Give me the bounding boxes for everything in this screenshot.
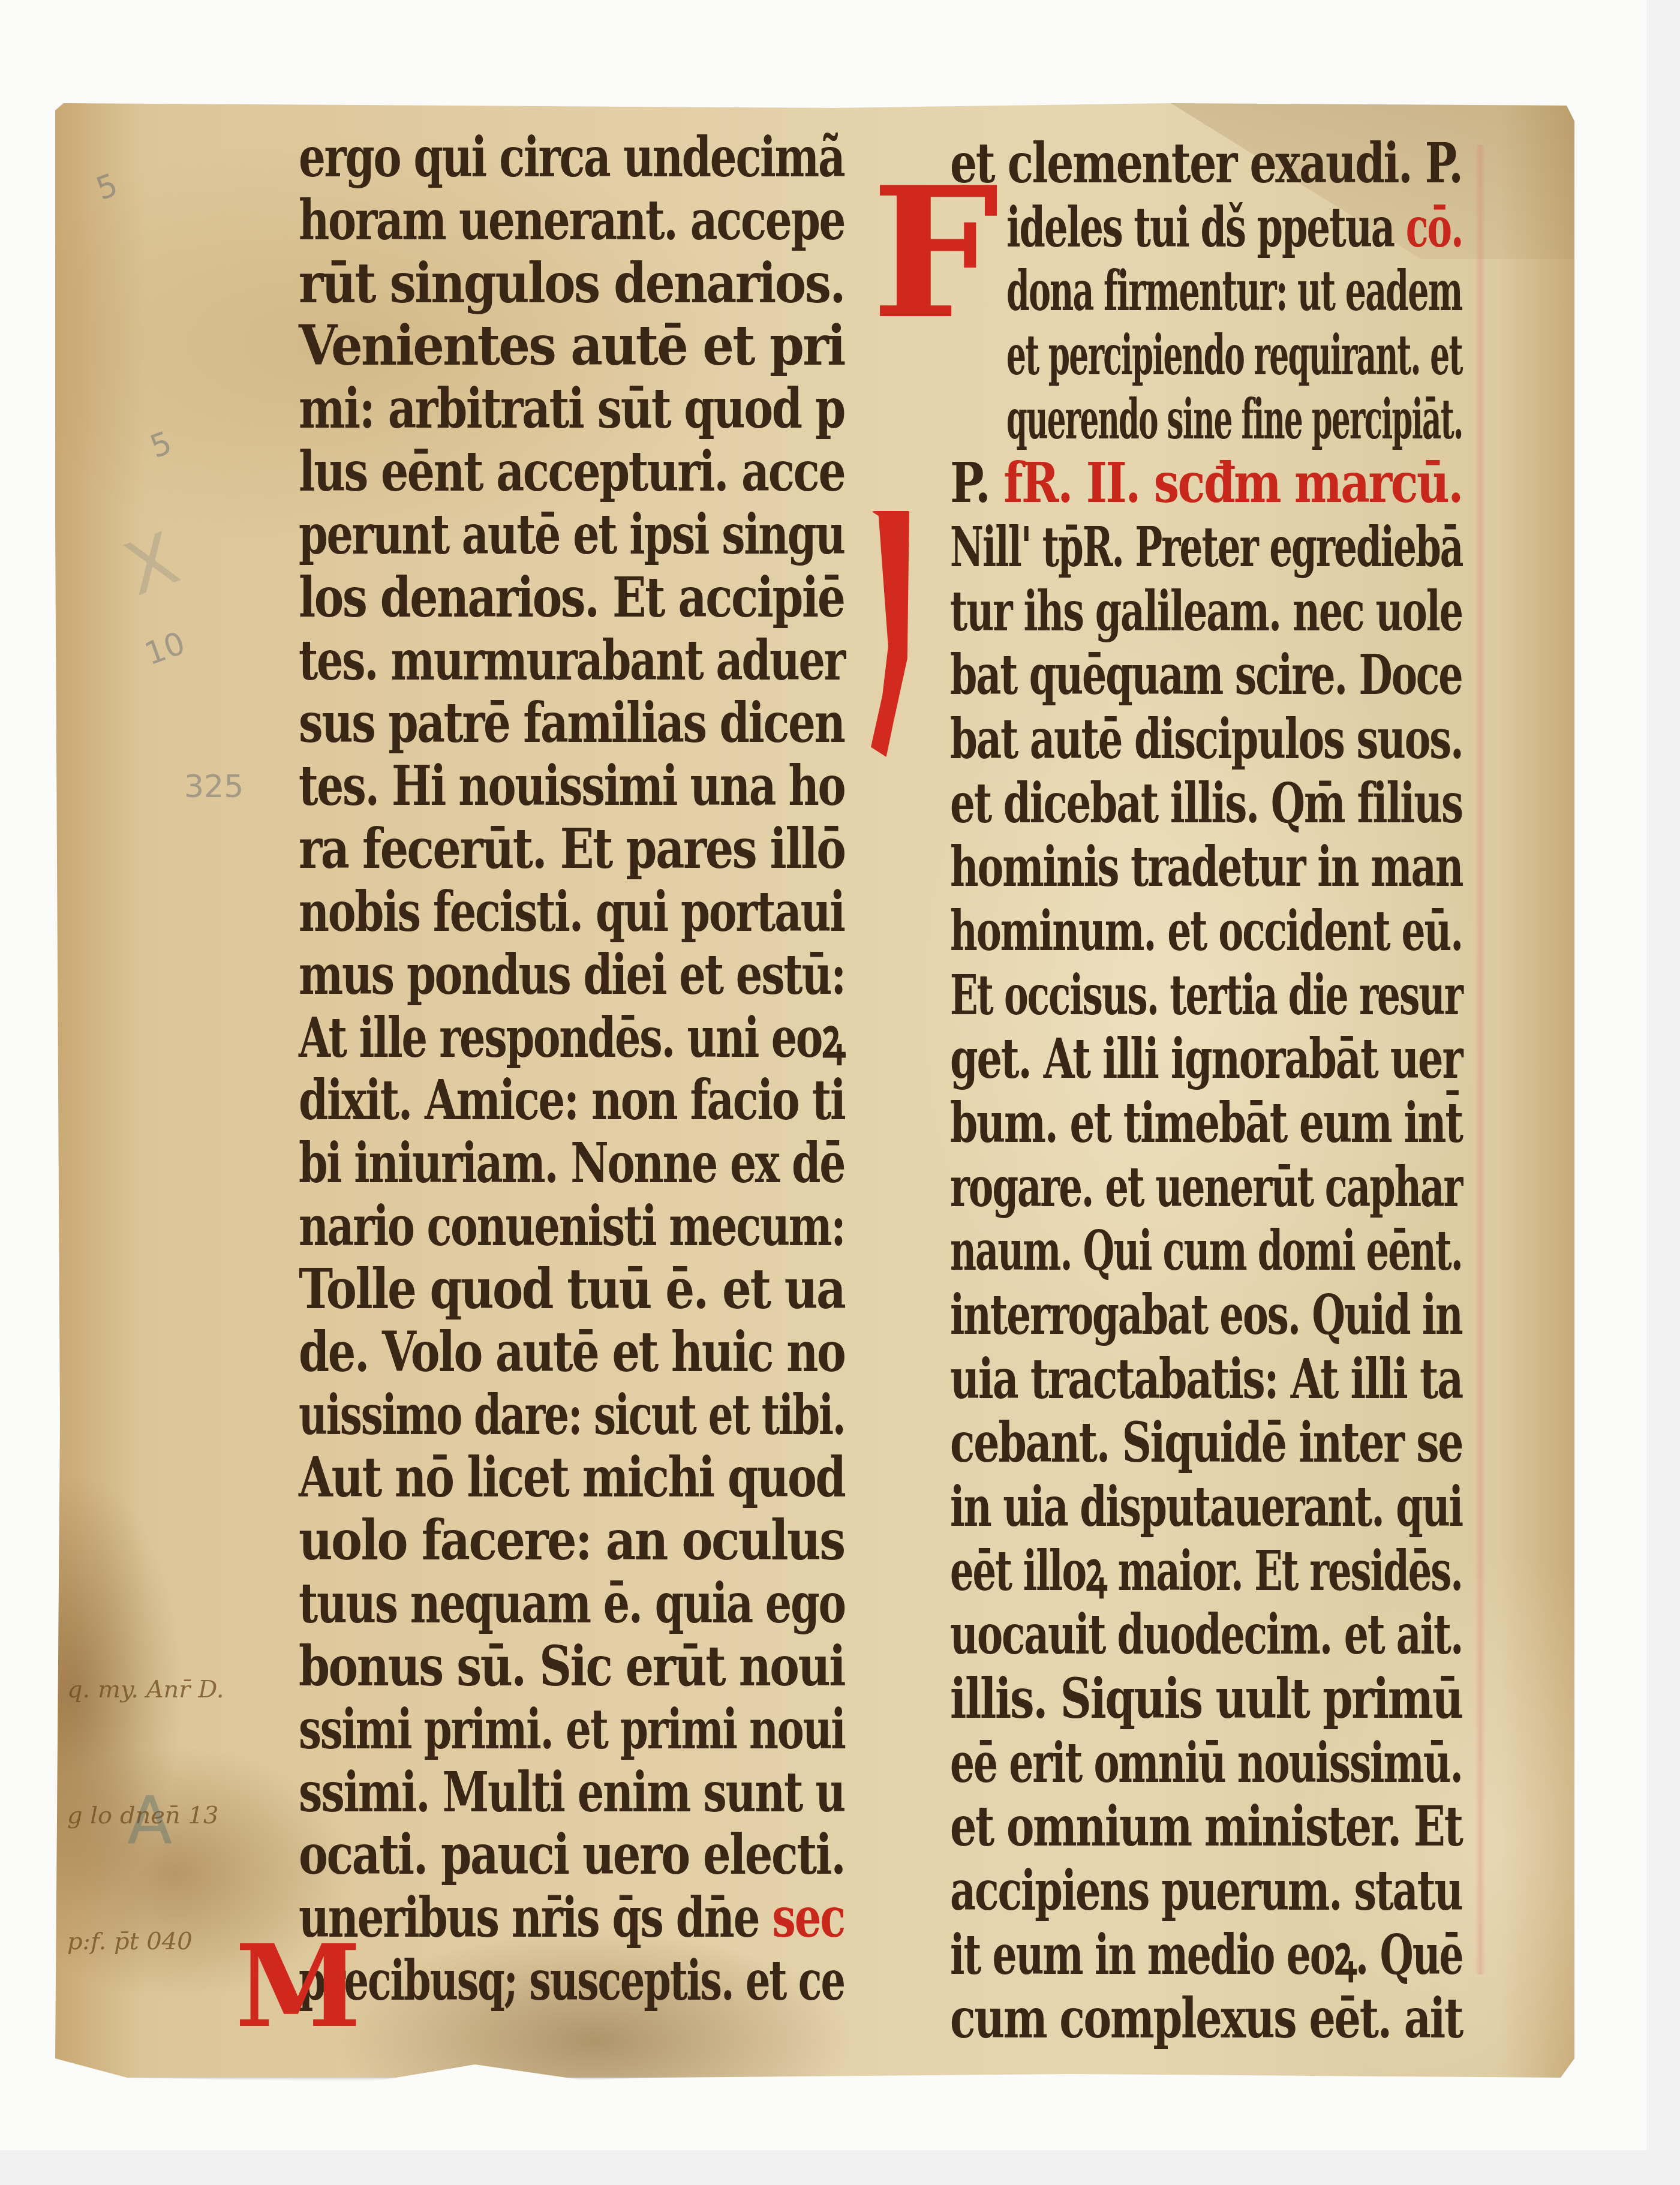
text-line: illis. Siquis uult primū	[950, 1669, 1462, 1729]
line-text: rogare. et uenerūt caphar	[950, 1155, 1462, 1219]
line-text: accipiens puerum. statu	[950, 1858, 1462, 1923]
line-text: ra fecerūt. Et pares illō	[299, 816, 844, 881]
text-line: precibusq; susceptis. et ce	[299, 1950, 844, 2010]
line-text: Aut nō licet michi quod	[299, 1445, 844, 1510]
line-text: bonus sū. Sic erūt noui	[299, 1634, 844, 1699]
text-line: tur ihs galileam. nec uole	[950, 581, 1462, 641]
text-line: rūt singulos denarios.	[299, 253, 844, 313]
line-text: ideles tui dš ppetua	[1006, 195, 1394, 260]
text-line: uocauit duodecim. et ait.	[950, 1604, 1462, 1664]
rubric-initial-F: F	[871, 175, 999, 331]
text-line: bat quēquam scire. Doce	[950, 645, 1462, 705]
text-line: sus patrē familias dicen	[299, 693, 844, 753]
line-text: tur ihs galileam. nec uole	[950, 579, 1462, 644]
text-line: naum. Qui cum domi eēnt.	[950, 1221, 1462, 1281]
text-line: horam uenerant. accepe	[299, 190, 844, 250]
rubric-initial-I	[871, 511, 909, 757]
line-text: interrogabat eos. Quid in	[950, 1282, 1462, 1347]
line-text: Et occisus. tertia die resur	[950, 963, 1462, 1027]
text-line: cum complexus eēt. ait	[950, 1988, 1462, 2048]
line-text: uneribus nr̄is q̄s dn̄e	[299, 1885, 759, 1950]
line-text: At ille respondēs. uni eoꝝ	[299, 1005, 844, 1070]
pencil-mark: X	[115, 517, 190, 612]
line-text: lus eēnt accepturi. acce	[299, 439, 844, 504]
line-text: it eum in medio eoꝝ. Quē	[950, 1922, 1463, 1987]
line-text: et percipiendo requirant. et	[1006, 323, 1462, 387]
margin-annotation-line: q. my. Anr̄ D.	[67, 1669, 224, 1711]
margin-annotation-line: g lo dnen̄ 13	[67, 1795, 224, 1837]
line-text: tuus nequam ē. quia ego	[299, 1571, 845, 1636]
line-text: ssimi primi. et primi noui	[299, 1697, 845, 1762]
text-line: bonus sū. Sic erūt noui	[299, 1636, 844, 1696]
line-text: querendo sine fine percipiāt.	[1006, 387, 1463, 452]
text-line: bum. et timebāt eum int̄	[950, 1093, 1462, 1153]
line-text: et dicebat illis. Qm̄ filius	[950, 771, 1462, 835]
text-line: hominum. et occident eū.	[950, 901, 1462, 961]
text-line: ssimi. Multi enim sunt u	[299, 1762, 844, 1822]
line-text: uia tractabatis: At illi ta	[950, 1347, 1462, 1411]
text-line: eē erit omniū nouissimū.	[950, 1733, 1462, 1793]
text-line: cebant. Siquidē inter se	[950, 1412, 1462, 1472]
text-line: perunt autē et ipsi singu	[299, 504, 844, 564]
text-line: ocati. pauci uero electi.	[299, 1825, 844, 1885]
pencil-mark: 10	[140, 625, 190, 672]
scan-backdrop-edge	[1646, 0, 1680, 2185]
line-text: mi: arbitrati sūt quod p	[299, 376, 844, 441]
text-line: dixit. Amice: non facio ti	[299, 1070, 844, 1130]
text-line: it eum in medio eoꝝ. Quē	[950, 1925, 1463, 1985]
text-line: uia tractabatis: At illi ta	[950, 1349, 1462, 1409]
line-text: bat autē discipulos suos.	[950, 707, 1463, 771]
text-line: ergo qui circa undecimã	[299, 127, 844, 187]
line-text: eē erit omniū nouissimū.	[950, 1730, 1462, 1795]
red-ruling-line	[1475, 145, 1485, 1974]
line-text: hominum. et occident eū.	[950, 898, 1462, 963]
line-text: hominis tradetur in man	[950, 834, 1462, 899]
line-text: nario conuenisti mecum:	[299, 1194, 844, 1258]
line-text: uissimo dare: sicut et tibi.	[299, 1382, 845, 1447]
line-text: et clementer exaudi. P.	[950, 131, 1462, 196]
text-line: Et occisus. tertia die resur	[950, 965, 1462, 1025]
line-text: cebant. Siquidē inter se	[950, 1410, 1462, 1475]
text-line: Aut nō licet michi quod	[299, 1447, 844, 1507]
text-line: mi: arbitrati sūt quod p	[299, 378, 844, 438]
line-text: sus patrē familias dicen	[299, 690, 844, 755]
text-line: At ille respondēs. uni eoꝝ	[299, 1008, 844, 1068]
line-text: dona firmentur: ut eadem	[1006, 259, 1462, 323]
text-line: ideles tui dš ppetua cō.	[1006, 197, 1463, 257]
line-text: tes. murmurabant aduer	[299, 628, 844, 693]
line-text: get. At illi ignorabāt uer	[950, 1026, 1462, 1091]
line-text: ssimi. Multi enim sunt u	[299, 1760, 844, 1825]
text-line: uolo facere: an oculus	[299, 1510, 844, 1570]
line-text: perunt autē et ipsi singu	[299, 502, 844, 567]
line-text: los denarios. Et accipiē	[299, 565, 844, 630]
text-line: dona firmentur: ut eadem	[1006, 261, 1462, 321]
text-line: tes. murmurabant aduer	[299, 630, 844, 690]
text-line: los denarios. Et accipiē	[299, 567, 844, 627]
text-line: tuus nequam ē. quia ego	[299, 1573, 845, 1633]
text-line: mus pondus diei et estū:	[299, 945, 845, 1005]
line-text: horam uenerant. accepe	[299, 188, 844, 253]
line-text: in uia disputauerant. qui	[950, 1474, 1462, 1539]
text-line: querendo sine fine percipiāt.	[1006, 389, 1463, 449]
manuscript-leaf: 5 5 X 10 325 A q. my. Anr̄ D. g lo dnen̄…	[55, 103, 1574, 2078]
text-line: interrogabat eos. Quid in	[950, 1285, 1462, 1345]
text-line: uissimo dare: sicut et tibi.	[299, 1385, 845, 1445]
scan-backdrop-edge	[0, 2150, 1680, 2185]
text-line: get. At illi ignorabāt uer	[950, 1029, 1462, 1089]
rubric-text: sec	[759, 1885, 844, 1950]
pencil-mark: 5	[146, 425, 177, 465]
text-line: Nill' tp̄R. Preter egrediebā	[950, 517, 1462, 577]
text-line: ra fecerūt. Et pares illō	[299, 819, 844, 879]
line-text: dixit. Amice: non facio ti	[299, 1068, 844, 1132]
line-text: Tolle quod tuū ē. et ua	[299, 1257, 844, 1321]
text-line: Venientes autē et pri	[299, 315, 844, 375]
text-line: bi iniuriam. Nonne ex dē	[299, 1133, 844, 1193]
line-text: Nill' tp̄R. Preter egrediebā	[950, 515, 1462, 579]
text-line: accipiens puerum. statu	[950, 1861, 1462, 1920]
text-line: hominis tradetur in man	[950, 837, 1462, 897]
line-text: bum. et timebāt eum int̄	[950, 1090, 1462, 1155]
line-text: et omnium minister. Et	[950, 1794, 1462, 1859]
line-text: illis. Siquis uult primū	[950, 1666, 1462, 1731]
rubric-initial-M: M	[235, 1932, 361, 2040]
text-line: P. fR. II. scđm marcū.	[950, 453, 1462, 513]
line-text: nobis fecisti. qui portaui	[299, 879, 844, 944]
pencil-mark: 5	[92, 167, 123, 208]
line-text: Venientes autē et pri	[299, 313, 844, 378]
line-text: cum complexus eēt. ait	[950, 1986, 1462, 2051]
line-text: eēt illoꝝ maior. Et residēs.	[950, 1538, 1462, 1603]
text-line: ssimi primi. et primi noui	[299, 1699, 845, 1759]
line-text: precibusq; susceptis. et ce	[299, 1948, 844, 2013]
text-line: nobis fecisti. qui portaui	[299, 882, 844, 942]
text-line: lus eēnt accepturi. acce	[299, 441, 844, 501]
text-line: uneribus nr̄is q̄s dn̄e sec	[299, 1888, 844, 1947]
text-line: tes. Hi nouissimi una ho	[299, 756, 844, 816]
line-text: ocati. pauci uero electi.	[299, 1822, 844, 1887]
text-line: eēt illoꝝ maior. Et residēs.	[950, 1541, 1462, 1601]
line-text: uolo facere: an oculus	[299, 1508, 844, 1573]
line-text: bat quēquam scire. Doce	[950, 642, 1462, 707]
line-text: tes. Hi nouissimi una ho	[299, 753, 844, 818]
text-line: et omnium minister. Et	[950, 1796, 1462, 1856]
line-text: P.	[950, 450, 989, 515]
margin-annotation: q. my. Anr̄ D. g lo dnen̄ 13 p:f. p̄t 04…	[67, 1585, 224, 2046]
line-text: bi iniuriam. Nonne ex dē	[299, 1131, 844, 1195]
line-text: rūt singulos denarios.	[299, 251, 844, 315]
rubric-text: fR. II. scđm marcū.	[989, 450, 1462, 515]
text-line: et dicebat illis. Qm̄ filius	[950, 773, 1462, 833]
text-line: et clementer exaudi. P.	[950, 133, 1462, 193]
text-line: et percipiendo requirant. et	[1006, 325, 1462, 385]
margin-annotation-line: p:f. p̄t 040	[67, 1920, 224, 1962]
line-text: mus pondus diei et estū:	[299, 942, 845, 1007]
text-line: Tolle quod tuū ē. et ua	[299, 1259, 844, 1319]
line-text: de. Volo autē et huic no	[299, 1320, 844, 1384]
line-text: ergo qui circa undecimã	[299, 125, 844, 190]
text-line: de. Volo autē et huic no	[299, 1322, 844, 1382]
line-text: naum. Qui cum domi eēnt.	[950, 1218, 1462, 1283]
rubric-text: cō.	[1394, 195, 1463, 260]
text-line: bat autē discipulos suos.	[950, 709, 1463, 769]
pencil-mark: 325	[184, 769, 244, 805]
text-line: in uia disputauerant. qui	[950, 1477, 1462, 1537]
text-line: rogare. et uenerūt caphar	[950, 1157, 1462, 1217]
text-line: nario conuenisti mecum:	[299, 1196, 844, 1256]
line-text: uocauit duodecim. et ait.	[950, 1602, 1462, 1667]
